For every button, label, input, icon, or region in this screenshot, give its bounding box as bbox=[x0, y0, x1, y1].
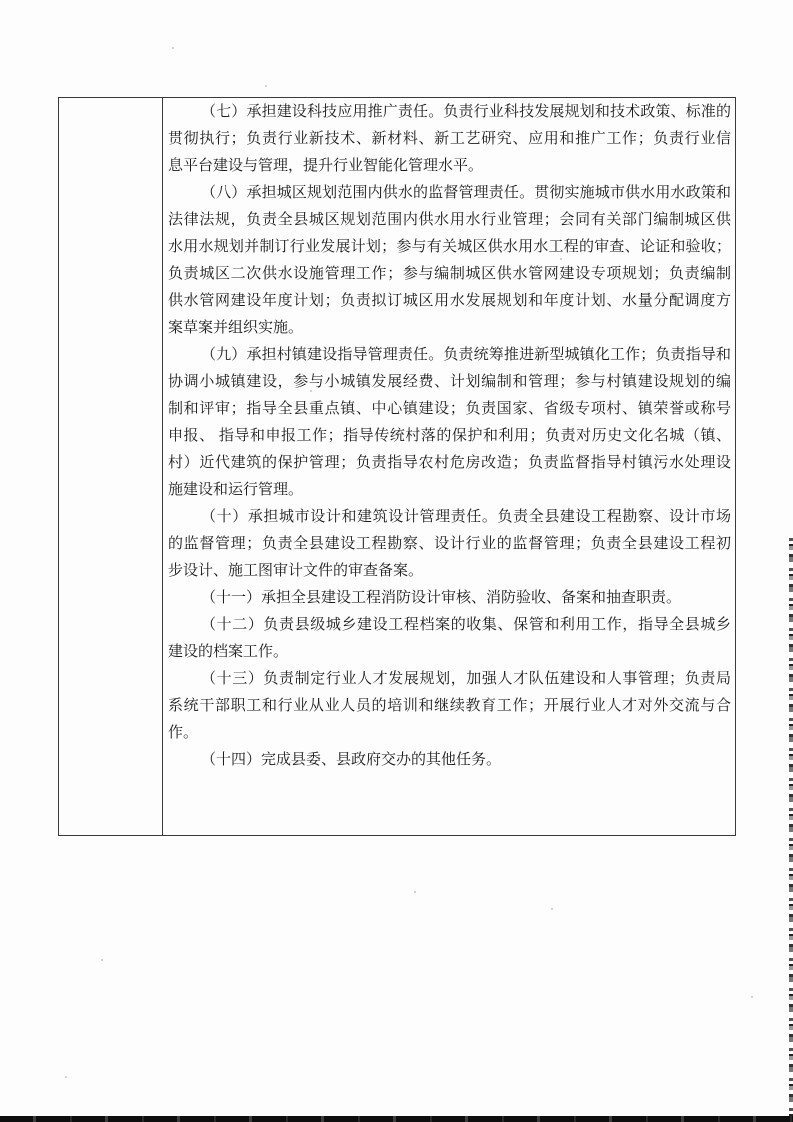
duty-line: 的监督管理；负责全县建设工程勘察、设计行业的监督管理；负责全县建设工程初 bbox=[168, 531, 731, 558]
duty-line: 法律法规，负责全县城区规划范围内供水用水行业管理；会同有关部门编制城区供 bbox=[168, 207, 731, 234]
duty-line: （十）承担城市设计和建筑设计管理责任。负责全县建设工程勘察、设计市场 bbox=[168, 504, 731, 531]
duty-line: 协调小城镇建设，参与小城镇发展经费、计划编制和管理；参与村镇建设规划的编 bbox=[168, 369, 731, 396]
duty-line: 案草案并组织实施。 bbox=[168, 315, 731, 342]
scan-speck bbox=[101, 959, 103, 961]
duty-paragraph: （十二）负责县级城乡建设工程档案的收集、保管和利用工作，指导全县城乡建设的档案工… bbox=[168, 612, 731, 666]
scan-speck bbox=[560, 258, 562, 260]
table-label-cell bbox=[59, 98, 163, 835]
scan-speck bbox=[265, 85, 267, 87]
duty-paragraph: （八）承担城区规划范围内供水的监督管理责任。贯彻实施城市供水用水政策和法律法规，… bbox=[168, 180, 731, 342]
duties-table: （七）承担建设科技应用推广责任。负责行业科技发展规划和技术政策、标准的贯彻执行；… bbox=[58, 97, 736, 836]
duty-line: （十四）完成县委、县政府交办的其他任务。 bbox=[168, 747, 731, 774]
scan-speck bbox=[751, 996, 753, 998]
duty-paragraph: （十四）完成县委、县政府交办的其他任务。 bbox=[168, 747, 731, 774]
duty-line: 制和评审；指导全县重点镇、中心镇建设；负责国家、省级专项村、镇荣誉或称号 bbox=[168, 396, 731, 423]
bottom-scan-edge-artifact bbox=[0, 1116, 793, 1122]
duty-line: （七）承担建设科技应用推广责任。负责行业科技发展规划和技术政策、标准的 bbox=[168, 99, 731, 126]
duty-line: 贯彻执行；负责行业新技术、新材料、新工艺研究、应用和推广工作；负责行业信 bbox=[168, 126, 731, 153]
duty-paragraph: （十）承担城市设计和建筑设计管理责任。负责全县建设工程勘察、设计市场的监督管理；… bbox=[168, 504, 731, 585]
duty-line: 建设的档案工作。 bbox=[168, 639, 731, 666]
scan-speck bbox=[551, 908, 553, 910]
duty-paragraph: （十一）承担全县建设工程消防设计审核、消防验收、备案和抽查职责。 bbox=[168, 585, 731, 612]
duty-line: 水用水规划并制订行业发展计划；参与有关城区供水用水工程的审查、论证和验收； bbox=[168, 234, 731, 261]
duty-line: 步设计、施工图审计文件的审查备案。 bbox=[168, 558, 731, 585]
duty-line: （九）承担村镇建设指导管理责任。负责统筹推进新型城镇化工作；负责指导和 bbox=[168, 342, 731, 369]
scan-speck bbox=[414, 891, 416, 893]
duty-paragraph: （十三）负责制定行业人才发展规划，加强人才队伍建设和人事管理；负责局系统干部职工… bbox=[168, 666, 731, 747]
duty-line: 施建设和运行管理。 bbox=[168, 477, 731, 504]
scan-speck bbox=[65, 1076, 67, 1078]
right-scan-edge-artifact bbox=[789, 538, 793, 1116]
scan-speck bbox=[310, 390, 312, 392]
duty-paragraph: （七）承担建设科技应用推广责任。负责行业科技发展规划和技术政策、标准的贯彻执行；… bbox=[168, 99, 731, 180]
duty-line: 申报、 指导和申报工作；指导传统村落的保护和利用；负责对历史文化名城（镇、 bbox=[168, 423, 731, 450]
scanned-document-page: （七）承担建设科技应用推广责任。负责行业科技发展规划和技术政策、标准的贯彻执行；… bbox=[0, 0, 793, 1122]
duty-line: 系统干部职工和行业从业人员的培训和继续教育工作；开展行业人才对外交流与合 bbox=[168, 693, 731, 720]
scan-speck bbox=[172, 47, 174, 49]
duty-line: 负责城区二次供水设施管理工作；参与编制城区供水管网建设专项规划；负责编制 bbox=[168, 261, 731, 288]
duty-line: 作。 bbox=[168, 720, 731, 747]
duty-paragraph: （九）承担村镇建设指导管理责任。负责统筹推进新型城镇化工作；负责指导和协调小城镇… bbox=[168, 342, 731, 504]
duty-line: （十二）负责县级城乡建设工程档案的收集、保管和利用工作，指导全县城乡 bbox=[168, 612, 731, 639]
table-content-cell: （七）承担建设科技应用推广责任。负责行业科技发展规划和技术政策、标准的贯彻执行；… bbox=[163, 98, 735, 835]
duty-line: 息平台建设与管理，提升行业智能化管理水平。 bbox=[168, 153, 731, 180]
duty-line: 村）近代建筑的保护管理；负责指导农村危房改造；负责监督指导村镇污水处理设 bbox=[168, 450, 731, 477]
duty-line: （十一）承担全县建设工程消防设计审核、消防验收、备案和抽查职责。 bbox=[168, 585, 731, 612]
duty-line: （十三）负责制定行业人才发展规划，加强人才队伍建设和人事管理；负责局 bbox=[168, 666, 731, 693]
duty-line: 供水管网建设年度计划；负责拟订城区用水发展规划和年度计划、水量分配调度方 bbox=[168, 288, 731, 315]
duty-line: （八）承担城区规划范围内供水的监督管理责任。贯彻实施城市供水用水政策和 bbox=[168, 180, 731, 207]
